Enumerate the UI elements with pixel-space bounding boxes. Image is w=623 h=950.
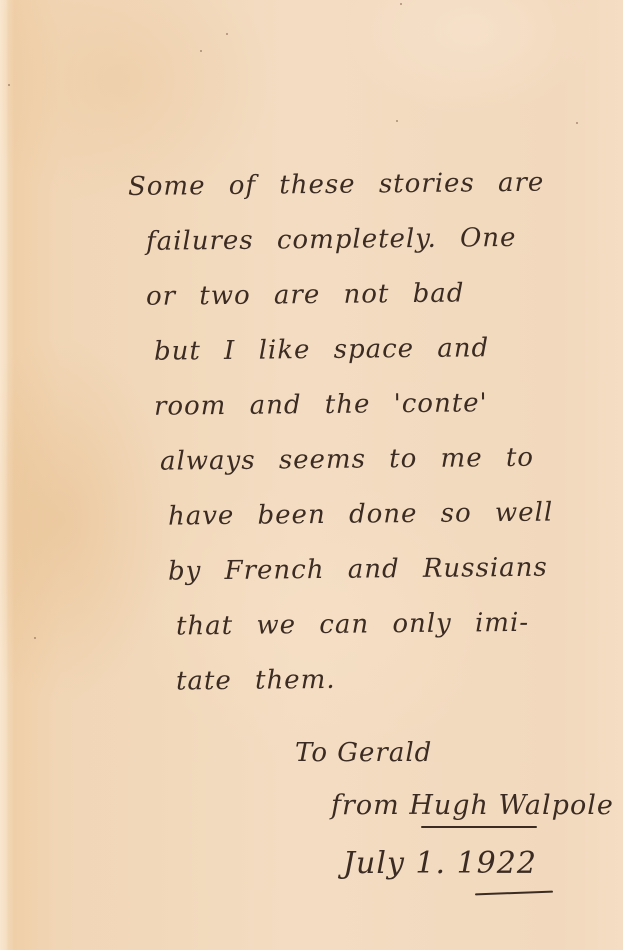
signature-underline xyxy=(421,826,537,828)
paper-page: Some of these stories are failures compl… xyxy=(0,0,623,950)
signature: from Hugh Walpole xyxy=(331,790,614,821)
note-line: failures completely. One xyxy=(128,210,569,270)
paper-speck xyxy=(34,637,36,639)
paper-speck xyxy=(400,3,402,5)
note-line: tate them. xyxy=(128,650,569,710)
date-line: July 1. 1922 xyxy=(285,834,605,894)
paper-speck xyxy=(576,122,578,124)
paper-speck xyxy=(8,84,10,86)
note-line: by French and Russians xyxy=(128,540,569,600)
note-line: have been done so well xyxy=(128,485,569,545)
dedication: To Gerald xyxy=(285,728,605,778)
note-line: or two are not bad xyxy=(128,265,569,325)
paper-speck xyxy=(396,120,398,122)
paper-speck xyxy=(200,50,202,52)
page-edge-fold xyxy=(0,0,14,950)
note-line: always seems to me to xyxy=(128,430,569,490)
inscription-block: To Gerald from Hugh Walpole July 1. 1922 xyxy=(285,728,605,894)
signature-line: from Hugh Walpole xyxy=(285,778,605,834)
paper-speck xyxy=(226,33,228,35)
note-line: but I like space and xyxy=(128,320,569,380)
note-line: room and the 'conte' xyxy=(128,375,569,435)
handwritten-note-body: Some of these stories are failures compl… xyxy=(128,160,568,710)
note-line: that we can only imi- xyxy=(128,595,569,655)
date-underline xyxy=(475,891,553,896)
note-line: Some of these stories are xyxy=(128,155,569,215)
date: July 1. 1922 xyxy=(343,846,537,881)
